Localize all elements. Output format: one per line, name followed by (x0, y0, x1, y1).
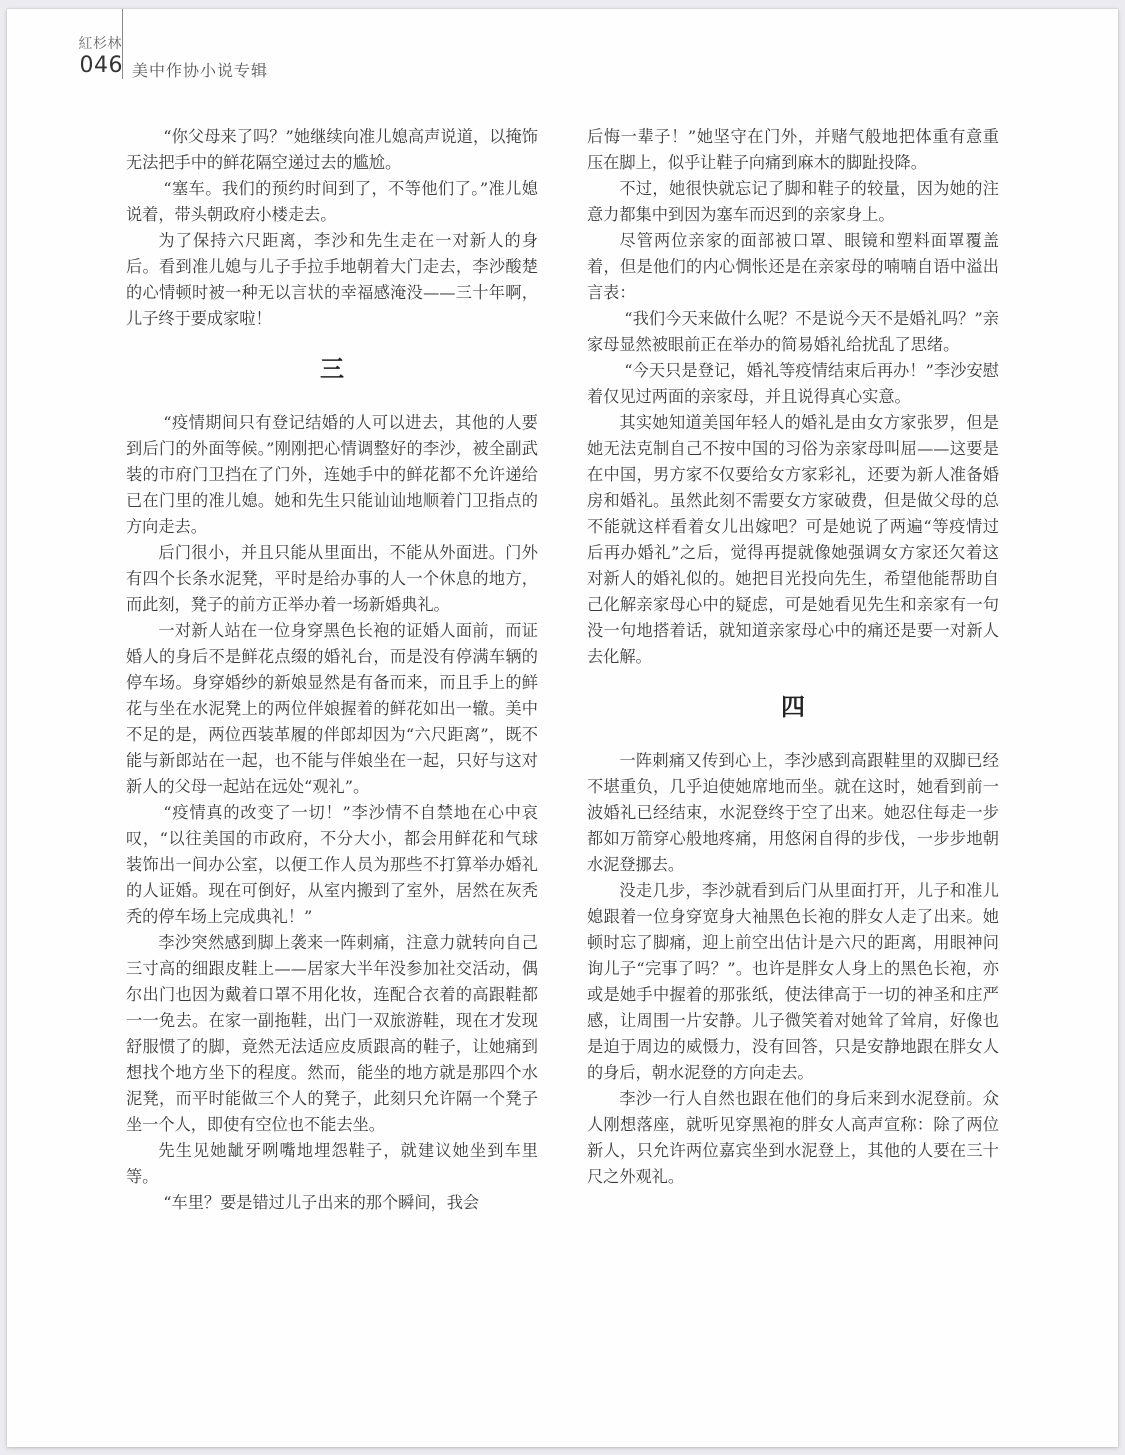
paragraph: “你父母来了吗？”她继续向准儿媳高声说道，以掩饰无法把手中的鲜花隔空递过去的尴尬… (126, 124, 538, 176)
header-divider (122, 9, 123, 79)
paragraph: “今天只是登记，婚礼等疫情结束后再办！”李沙安慰着仅见过两面的亲家母，并且说得真… (587, 358, 999, 410)
paragraph: “我们今天来做什么呢？不是说今天不是婚礼吗？”亲家母显然被眼前正在举办的简易婚礼… (587, 306, 999, 358)
paragraph: 李沙突然感到脚上袭来一阵刺痛，注意力就转向自己三寸高的细跟皮鞋上——居家大半年没… (126, 930, 538, 1138)
paragraph: “疫情真的改变了一切！”李沙情不自禁地在心中哀叹，“以往美国的市政府，不分大小，… (126, 800, 538, 930)
paragraph: 没走几步，李沙就看到后门从里面打开，儿子和准儿媳跟着一位身穿宽身大袖黑色长袍的胖… (587, 878, 999, 1086)
paragraph: 一对新人站在一位身穿黑色长袍的证婚人面前，而证婚人的身后不是鲜花点缀的婚礼台，而… (126, 618, 538, 800)
paragraph: 后门很小，并且只能从里面出，不能从外面进。门外有四个长条水泥凳，平时是给办事的人… (126, 540, 538, 618)
paragraph: “疫情期间只有登记结婚的人可以进去，其他的人要到后门的外面等候。”刚刚把心情调整… (126, 410, 538, 540)
magazine-page: 紅杉林 046 美中作协小说专辑 “你父母来了吗？”她继续向准儿媳高声说道，以掩… (7, 9, 1118, 1447)
paragraph: 先生见她龇牙咧嘴地埋怨鞋子，就建议她坐到车里等。 (126, 1138, 538, 1190)
page-number: 046 (47, 53, 123, 78)
paragraph: “车里？要是错过儿子出来的那个瞬间，我会 (126, 1190, 538, 1216)
left-column: “你父母来了吗？”她继续向准儿媳高声说道，以掩饰无法把手中的鲜花隔空递过去的尴尬… (126, 124, 538, 1216)
paragraph: 一阵刺痛又传到心上，李沙感到高跟鞋里的双脚已经不堪重负，几乎迫使她席地而坐。就在… (587, 748, 999, 878)
paragraph: 后悔一辈子！”她坚守在门外，并赌气般地把体重有意重压在脚上，似乎让鞋子向痛到麻木… (587, 124, 999, 176)
paragraph: 为了保持六尺距离，李沙和先生走在一对新人的身后。看到准儿媳与儿子手拉手地朝着大门… (126, 228, 538, 332)
chapter-heading: 四 (587, 694, 999, 720)
paragraph: 其实她知道美国年轻人的婚礼是由女方家张罗，但是她无法克制自己不按中国的习俗为亲家… (587, 410, 999, 670)
paragraph: 不过，她很快就忘记了脚和鞋子的较量，因为她的注意力都集中到因为塞车而迟到的亲家身… (587, 176, 999, 228)
paragraph: 尽管两位亲家的面部被口罩、眼镜和塑料面罩覆盖着，但是他们的内心惆怅还是在亲家母的… (587, 228, 999, 306)
chapter-heading: 三 (126, 356, 538, 382)
magazine-name: 紅杉林 (67, 33, 122, 53)
section-title-header: 美中作协小说专辑 (132, 58, 268, 81)
paragraph: “塞车。我们的预约时间到了，不等他们了。”准儿媳说着，带头朝政府小楼走去。 (126, 176, 538, 228)
paragraph: 李沙一行人自然也跟在他们的身后来到水泥登前。众人刚想落座，就听见穿黑袍的胖女人高… (587, 1086, 999, 1190)
right-column: 后悔一辈子！”她坚守在门外，并赌气般地把体重有意重压在脚上，似乎让鞋子向痛到麻木… (587, 124, 999, 1190)
